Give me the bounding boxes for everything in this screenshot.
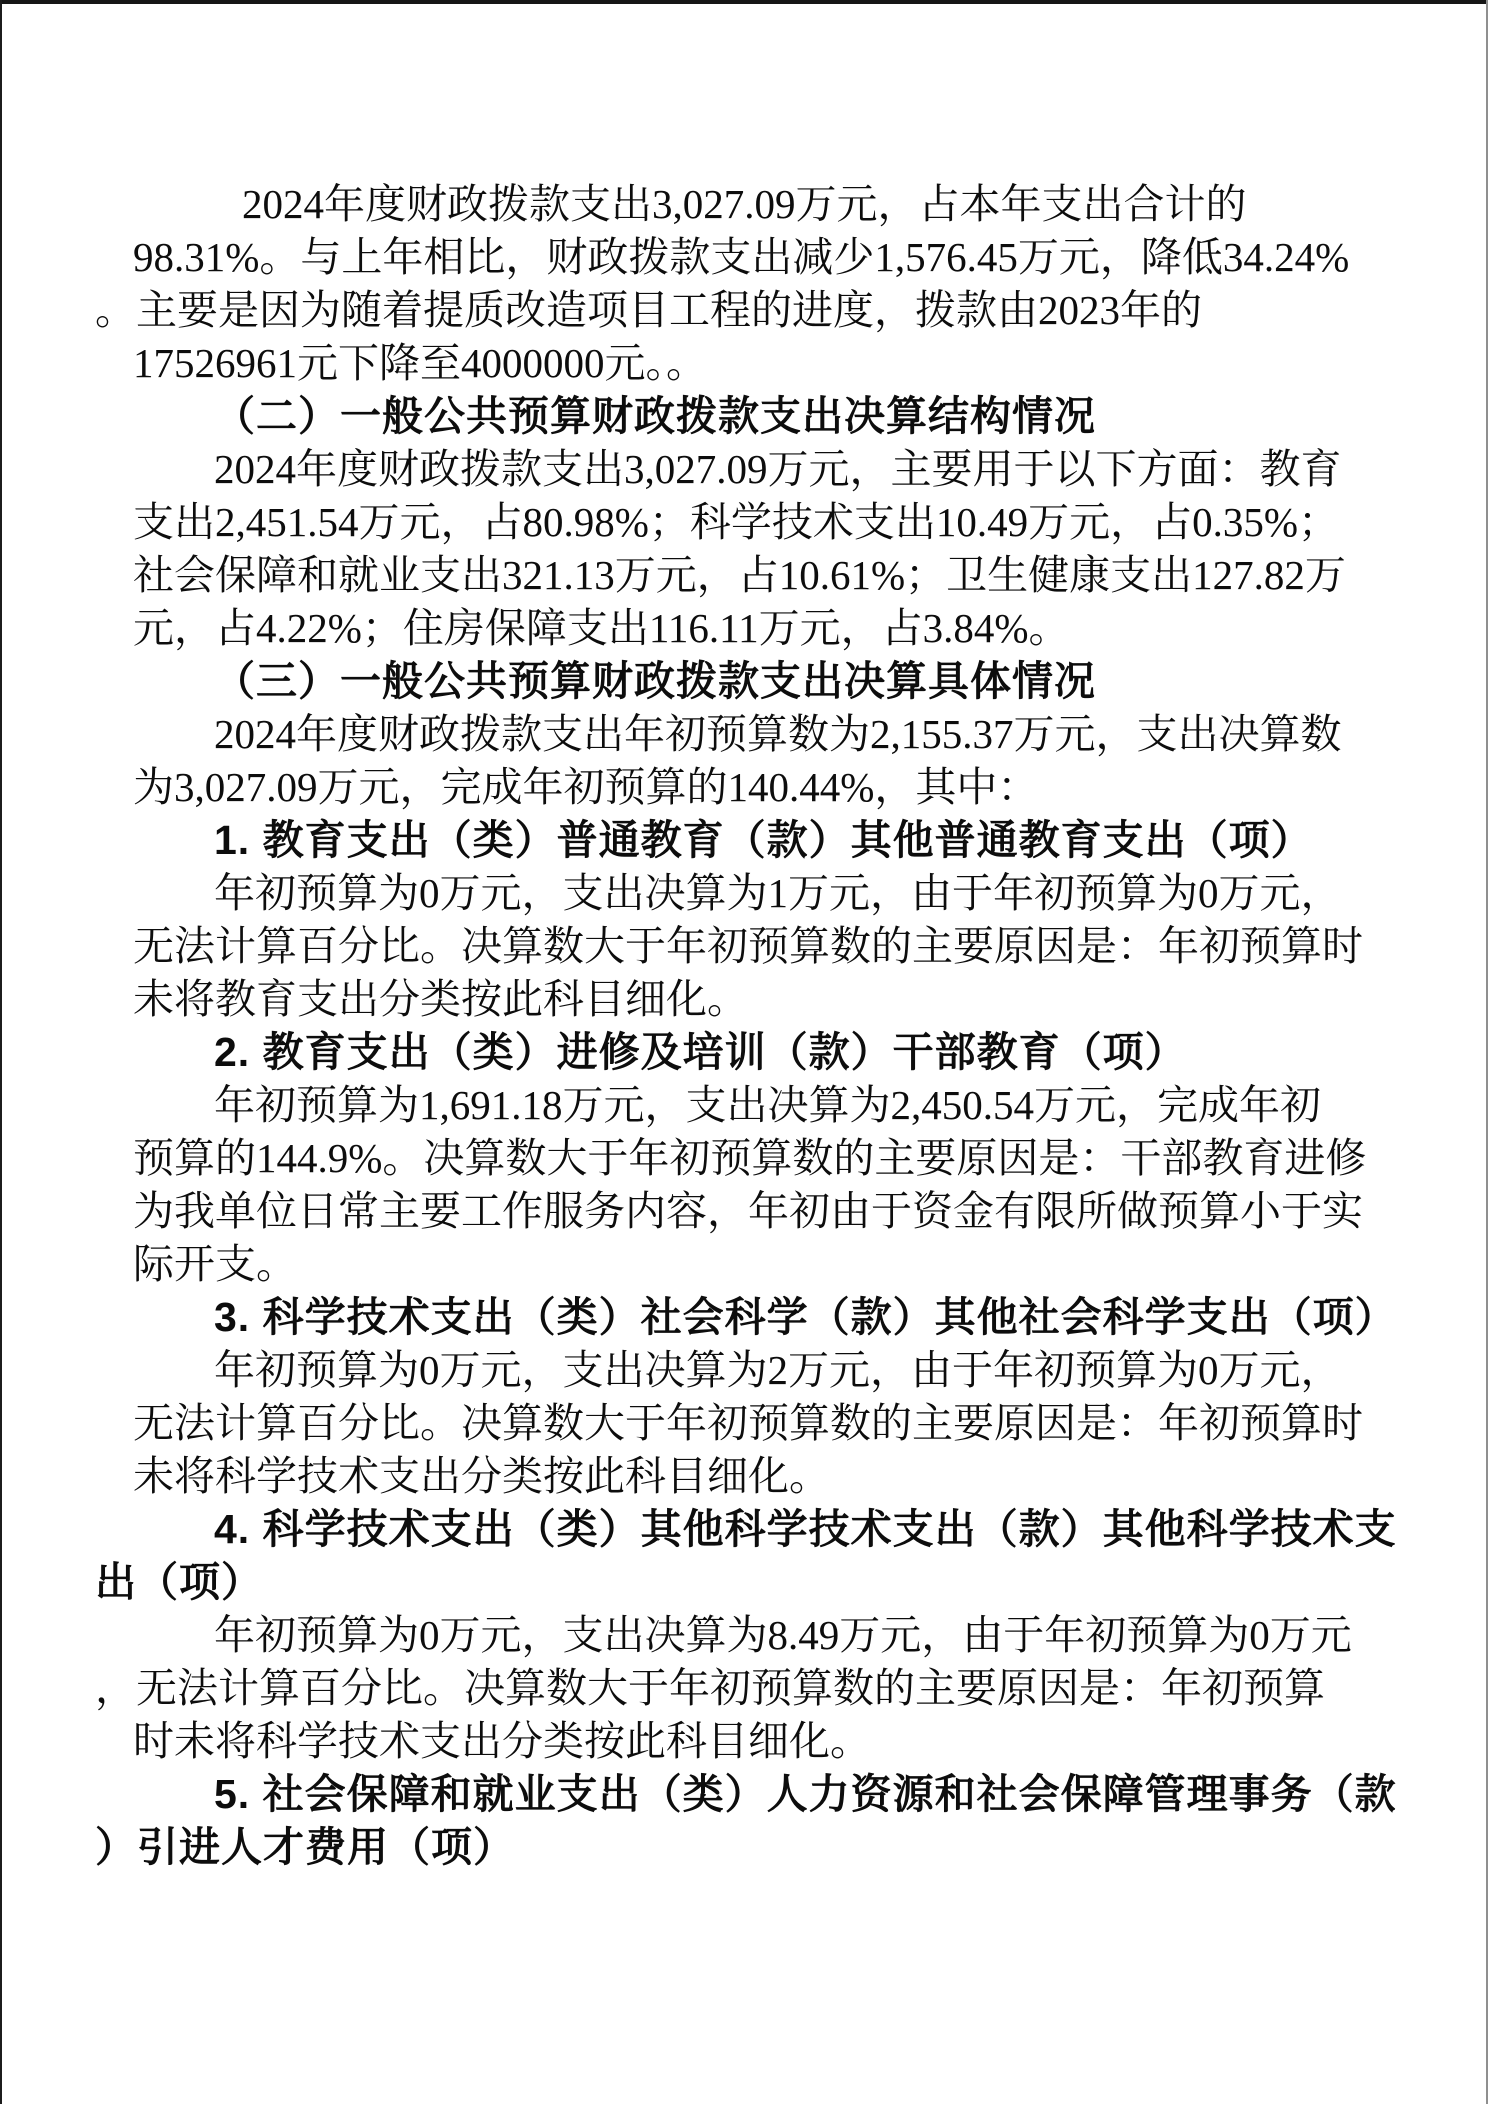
body-text-line: 17526961元下降至4000000元。。 xyxy=(0,337,1488,390)
body-text-line: 年初预算为1,691.18万元，支出决算为2,450.54万元，完成年初 xyxy=(0,1079,1488,1132)
heading-line: 3. 科学技术支出（类）社会科学（款）其他社会科学支出（项） xyxy=(0,1291,1488,1344)
body-text-line: 未将教育支出分类按此科目细化。 xyxy=(0,973,1488,1026)
body-text-line: 际开支。 xyxy=(0,1238,1488,1291)
body-text-line: 2024年度财政拨款支出3,027.09万元，占本年支出合计的 xyxy=(0,178,1488,231)
heading-line: （三）一般公共预算财政拨款支出决算具体情况 xyxy=(0,655,1488,708)
body-text-line: 为3,027.09万元，完成年初预算的140.44%，其中： xyxy=(0,761,1488,814)
page-edge-top xyxy=(0,0,1488,4)
heading-line: （二）一般公共预算财政拨款支出决算结构情况 xyxy=(0,390,1488,443)
body-text-line: 为我单位日常主要工作服务内容，年初由于资金有限所做预算小于实 xyxy=(0,1185,1488,1238)
body-text-line: 年初预算为0万元，支出决算为2万元，由于年初预算为0万元， xyxy=(0,1344,1488,1397)
body-text-line: ，无法计算百分比。决算数大于年初预算数的主要原因是：年初预算 xyxy=(0,1662,1488,1715)
body-text-line: 未将科学技术支出分类按此科目细化。 xyxy=(0,1450,1488,1503)
heading-line: 出（项） xyxy=(0,1556,1488,1609)
body-text-line: 2024年度财政拨款支出3,027.09万元，主要用于以下方面：教育 xyxy=(0,443,1488,496)
body-text-line: 社会保障和就业支出321.13万元，占10.61%；卫生健康支出127.82万 xyxy=(0,549,1488,602)
body-text-line: 预算的144.9%。决算数大于年初预算数的主要原因是：干部教育进修 xyxy=(0,1132,1488,1185)
body-text-line: 无法计算百分比。决算数大于年初预算数的主要原因是：年初预算时 xyxy=(0,1397,1488,1450)
body-text-line: 98.31%。与上年相比，财政拨款支出减少1,576.45万元，降低34.24% xyxy=(0,231,1488,284)
body-text-line: 年初预算为0万元，支出决算为8.49万元，由于年初预算为0万元 xyxy=(0,1609,1488,1662)
heading-line: 1. 教育支出（类）普通教育（款）其他普通教育支出（项） xyxy=(0,814,1488,867)
heading-line: 5. 社会保障和就业支出（类）人力资源和社会保障管理事务（款 xyxy=(0,1768,1488,1821)
body-text-line: 支出2,451.54万元，占80.98%；科学技术支出10.49万元，占0.35… xyxy=(0,496,1488,549)
text-column: 2024年度财政拨款支出3,027.09万元，占本年支出合计的98.31%。与上… xyxy=(0,178,1488,1874)
body-text-line: 年初预算为0万元，支出决算为1万元，由于年初预算为0万元， xyxy=(0,867,1488,920)
body-text-line: 2024年度财政拨款支出年初预算数为2,155.37万元，支出决算数 xyxy=(0,708,1488,761)
heading-line: 2. 教育支出（类）进修及培训（款）干部教育（项） xyxy=(0,1026,1488,1079)
body-text-line: 无法计算百分比。决算数大于年初预算数的主要原因是：年初预算时 xyxy=(0,920,1488,973)
document-page: 2024年度财政拨款支出3,027.09万元，占本年支出合计的98.31%。与上… xyxy=(0,0,1488,2104)
heading-line: ）引进人才费用（项） xyxy=(0,1821,1488,1874)
body-text-line: 时未将科学技术支出分类按此科目细化。 xyxy=(0,1715,1488,1768)
heading-line: 4. 科学技术支出（类）其他科学技术支出（款）其他科学技术支 xyxy=(0,1503,1488,1556)
body-text-line: 元，占4.22%；住房保障支出116.11万元，占3.84%。 xyxy=(0,602,1488,655)
body-text-line: 。主要是因为随着提质改造项目工程的进度，拨款由2023年的 xyxy=(0,284,1488,337)
